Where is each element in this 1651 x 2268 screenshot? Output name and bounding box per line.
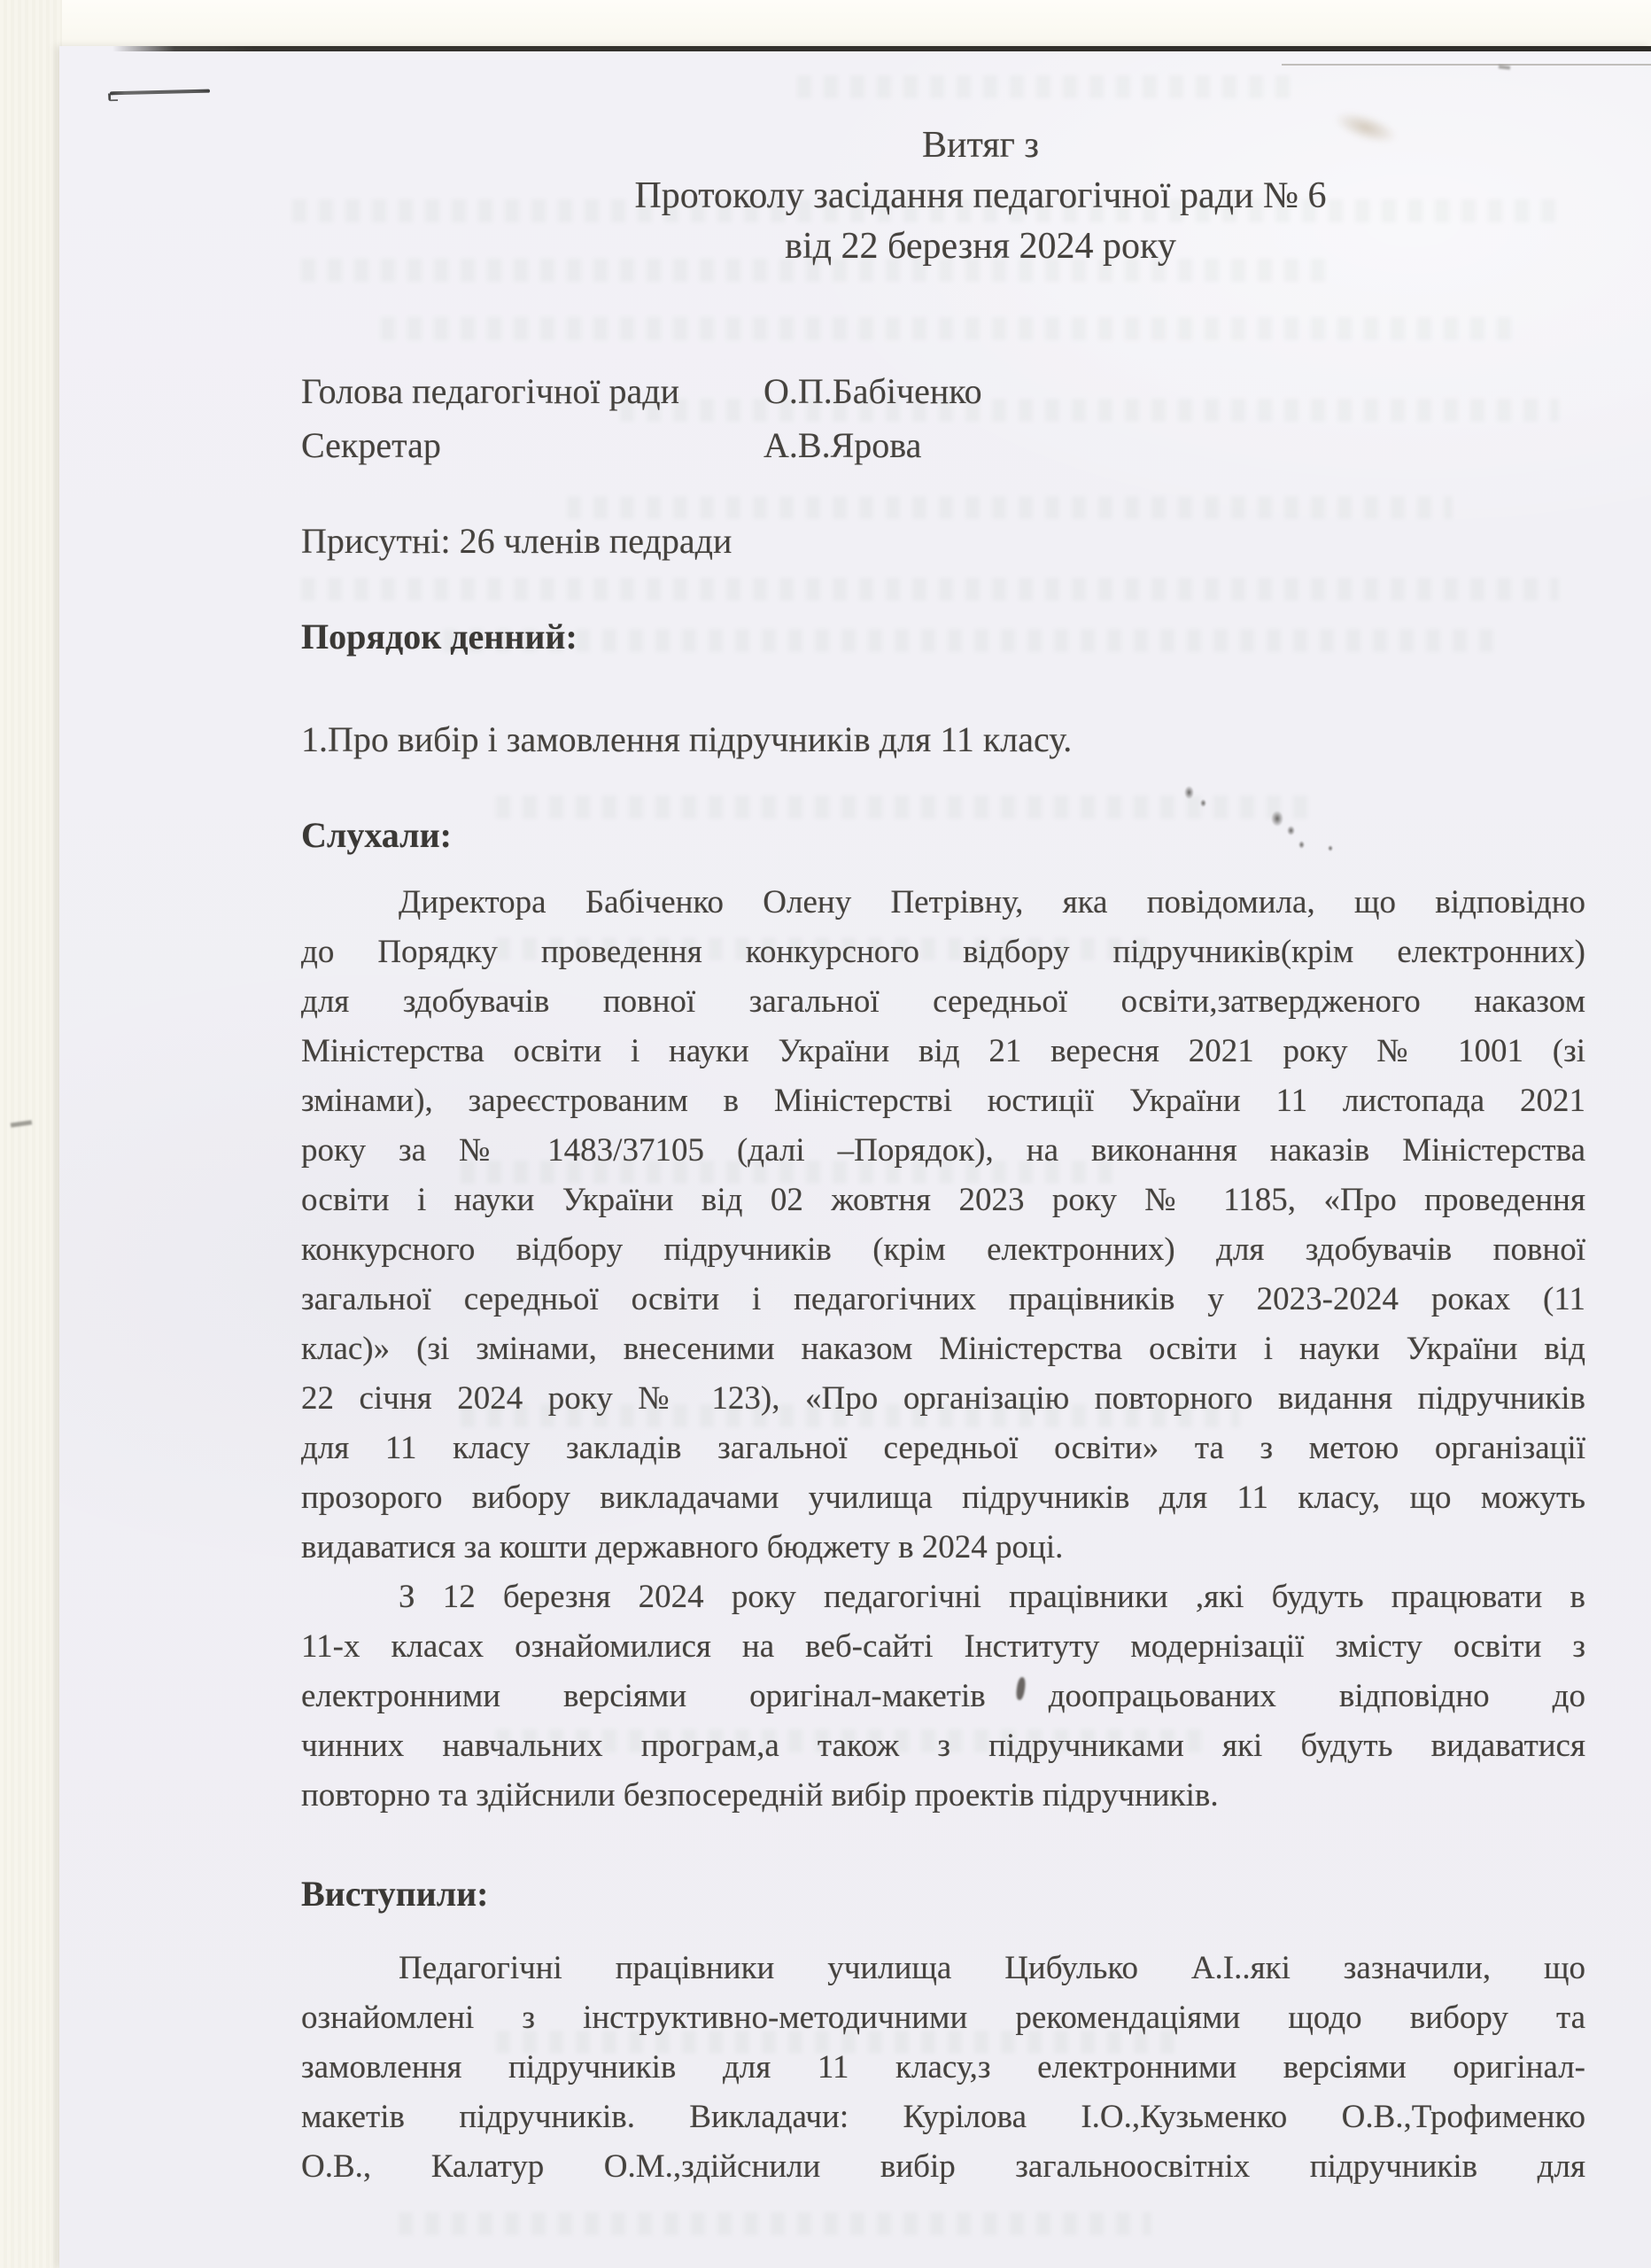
- scratch-mark: [1499, 65, 1510, 69]
- officials: Голова педагогічної радиО.П.БабіченкоСек…: [301, 364, 1585, 472]
- bleed-through-line: [301, 578, 1559, 601]
- text-line: освіти і науки України від 02 жовтня 202…: [301, 1176, 1585, 1225]
- official-row: СекретарА.В.Ярова: [301, 418, 1585, 472]
- text-line: замовлення підручників для 11 класу,з ел…: [301, 2043, 1585, 2093]
- scanned-page: Витяг з Протоколу засідання педагогічної…: [59, 46, 1651, 2268]
- bleed-through-line: [443, 629, 1506, 652]
- text-line: змінами), зареєстрованим в Міністерстві …: [301, 1076, 1585, 1126]
- document-title: Витяг з Протоколу засідання педагогічної…: [338, 120, 1623, 272]
- bleed-through-line: [797, 75, 1293, 98]
- ink-speck: [1298, 841, 1305, 849]
- text-line: 22 січня 2024 року № 123), «Про організа…: [301, 1374, 1585, 1424]
- official-name: А.В.Ярова: [763, 418, 921, 472]
- official-row: Голова педагогічної радиО.П.Бабіченко: [301, 364, 1585, 418]
- text-line: О.В., Калатур О.М.,здійснили вибір загал…: [301, 2142, 1585, 2192]
- text-line: для 11 класу закладів загальної середньо…: [301, 1424, 1585, 1473]
- title-line: Витяг з: [338, 120, 1623, 171]
- text-line: Міністерства освіти і науки України від …: [301, 1027, 1585, 1076]
- bleed-through-line: [381, 317, 1523, 340]
- scanner-bed-left: [0, 0, 62, 2268]
- text-line: для здобувачів повної загальної середньо…: [301, 977, 1585, 1027]
- section-body-vystupyly: Педагогічні працівники училища Цибулько …: [301, 1944, 1585, 2192]
- text-line: прозорого вибору викладачами училища під…: [301, 1473, 1585, 1523]
- page-under-edge: [1282, 64, 1651, 66]
- official-role: Секретар: [301, 418, 763, 472]
- ink-speck: [1184, 786, 1194, 799]
- agenda-heading: Порядок денний:: [301, 616, 577, 657]
- section-heading-vystupyly: Виступили:: [301, 1873, 489, 1915]
- text-line: видаватися за кошти державного бюджету в…: [301, 1523, 1585, 1573]
- text-line: клас)» (зі змінами, внесеними наказом Мі…: [301, 1324, 1585, 1374]
- text-line: року за № 1483/37105 (далі –Порядок), на…: [301, 1126, 1585, 1176]
- official-role: Голова педагогічної ради: [301, 364, 763, 418]
- text-line: електронними версіями оригінал-макетів д…: [301, 1672, 1585, 1721]
- text-line: ознайомлені з інструктивно-методичними р…: [301, 1993, 1585, 2043]
- bleed-through-line: [399, 2212, 1151, 2235]
- text-line: конкурсного відбору підручників (крім ел…: [301, 1225, 1585, 1275]
- title-line: Протоколу засідання педагогічної ради № …: [338, 171, 1623, 221]
- section-heading-sluhaly: Слухали:: [301, 814, 452, 856]
- attendance-line: Присутні: 26 членів педради: [301, 517, 732, 566]
- text-line: Директора Бабіченко Олену Петрівну, яка …: [301, 878, 1585, 928]
- text-line: чинних навчальних програм,а також з підр…: [301, 1721, 1585, 1771]
- text-line: загальної середньої освіти і педагогічни…: [301, 1275, 1585, 1324]
- ink-speck: [1200, 799, 1206, 807]
- page-top-edge: [112, 46, 1651, 51]
- text-line: повторно та здійснили безпосередній вибі…: [301, 1771, 1585, 1821]
- ink-speck: [1328, 845, 1333, 851]
- scan-background: { "page": { "title_lines": [ "Витяг з", …: [0, 0, 1651, 2268]
- ink-speck: [1271, 811, 1283, 827]
- ink-speck: [1287, 826, 1295, 835]
- text-line: до Порядку проведення конкурсного відбор…: [301, 928, 1585, 977]
- title-line: від 22 березня 2024 року: [338, 221, 1623, 272]
- text-line: 11-х класах ознайомилися на веб-сайті Ін…: [301, 1622, 1585, 1672]
- text-line: Педагогічні працівники училища Цибулько …: [301, 1944, 1585, 1993]
- staple-mark: [110, 89, 210, 96]
- agenda-item: 1.Про вибір і замовлення підручників для…: [301, 718, 1072, 760]
- text-line: макетів підручників. Викладачи: Курілова…: [301, 2093, 1585, 2142]
- official-name: О.П.Бабіченко: [763, 364, 982, 418]
- scanner-bed-top: [0, 0, 1651, 48]
- section-body-sluhaly: Директора Бабіченко Олену Петрівну, яка …: [301, 878, 1585, 1821]
- text-line: З 12 березня 2024 року педагогічні праці…: [301, 1573, 1585, 1622]
